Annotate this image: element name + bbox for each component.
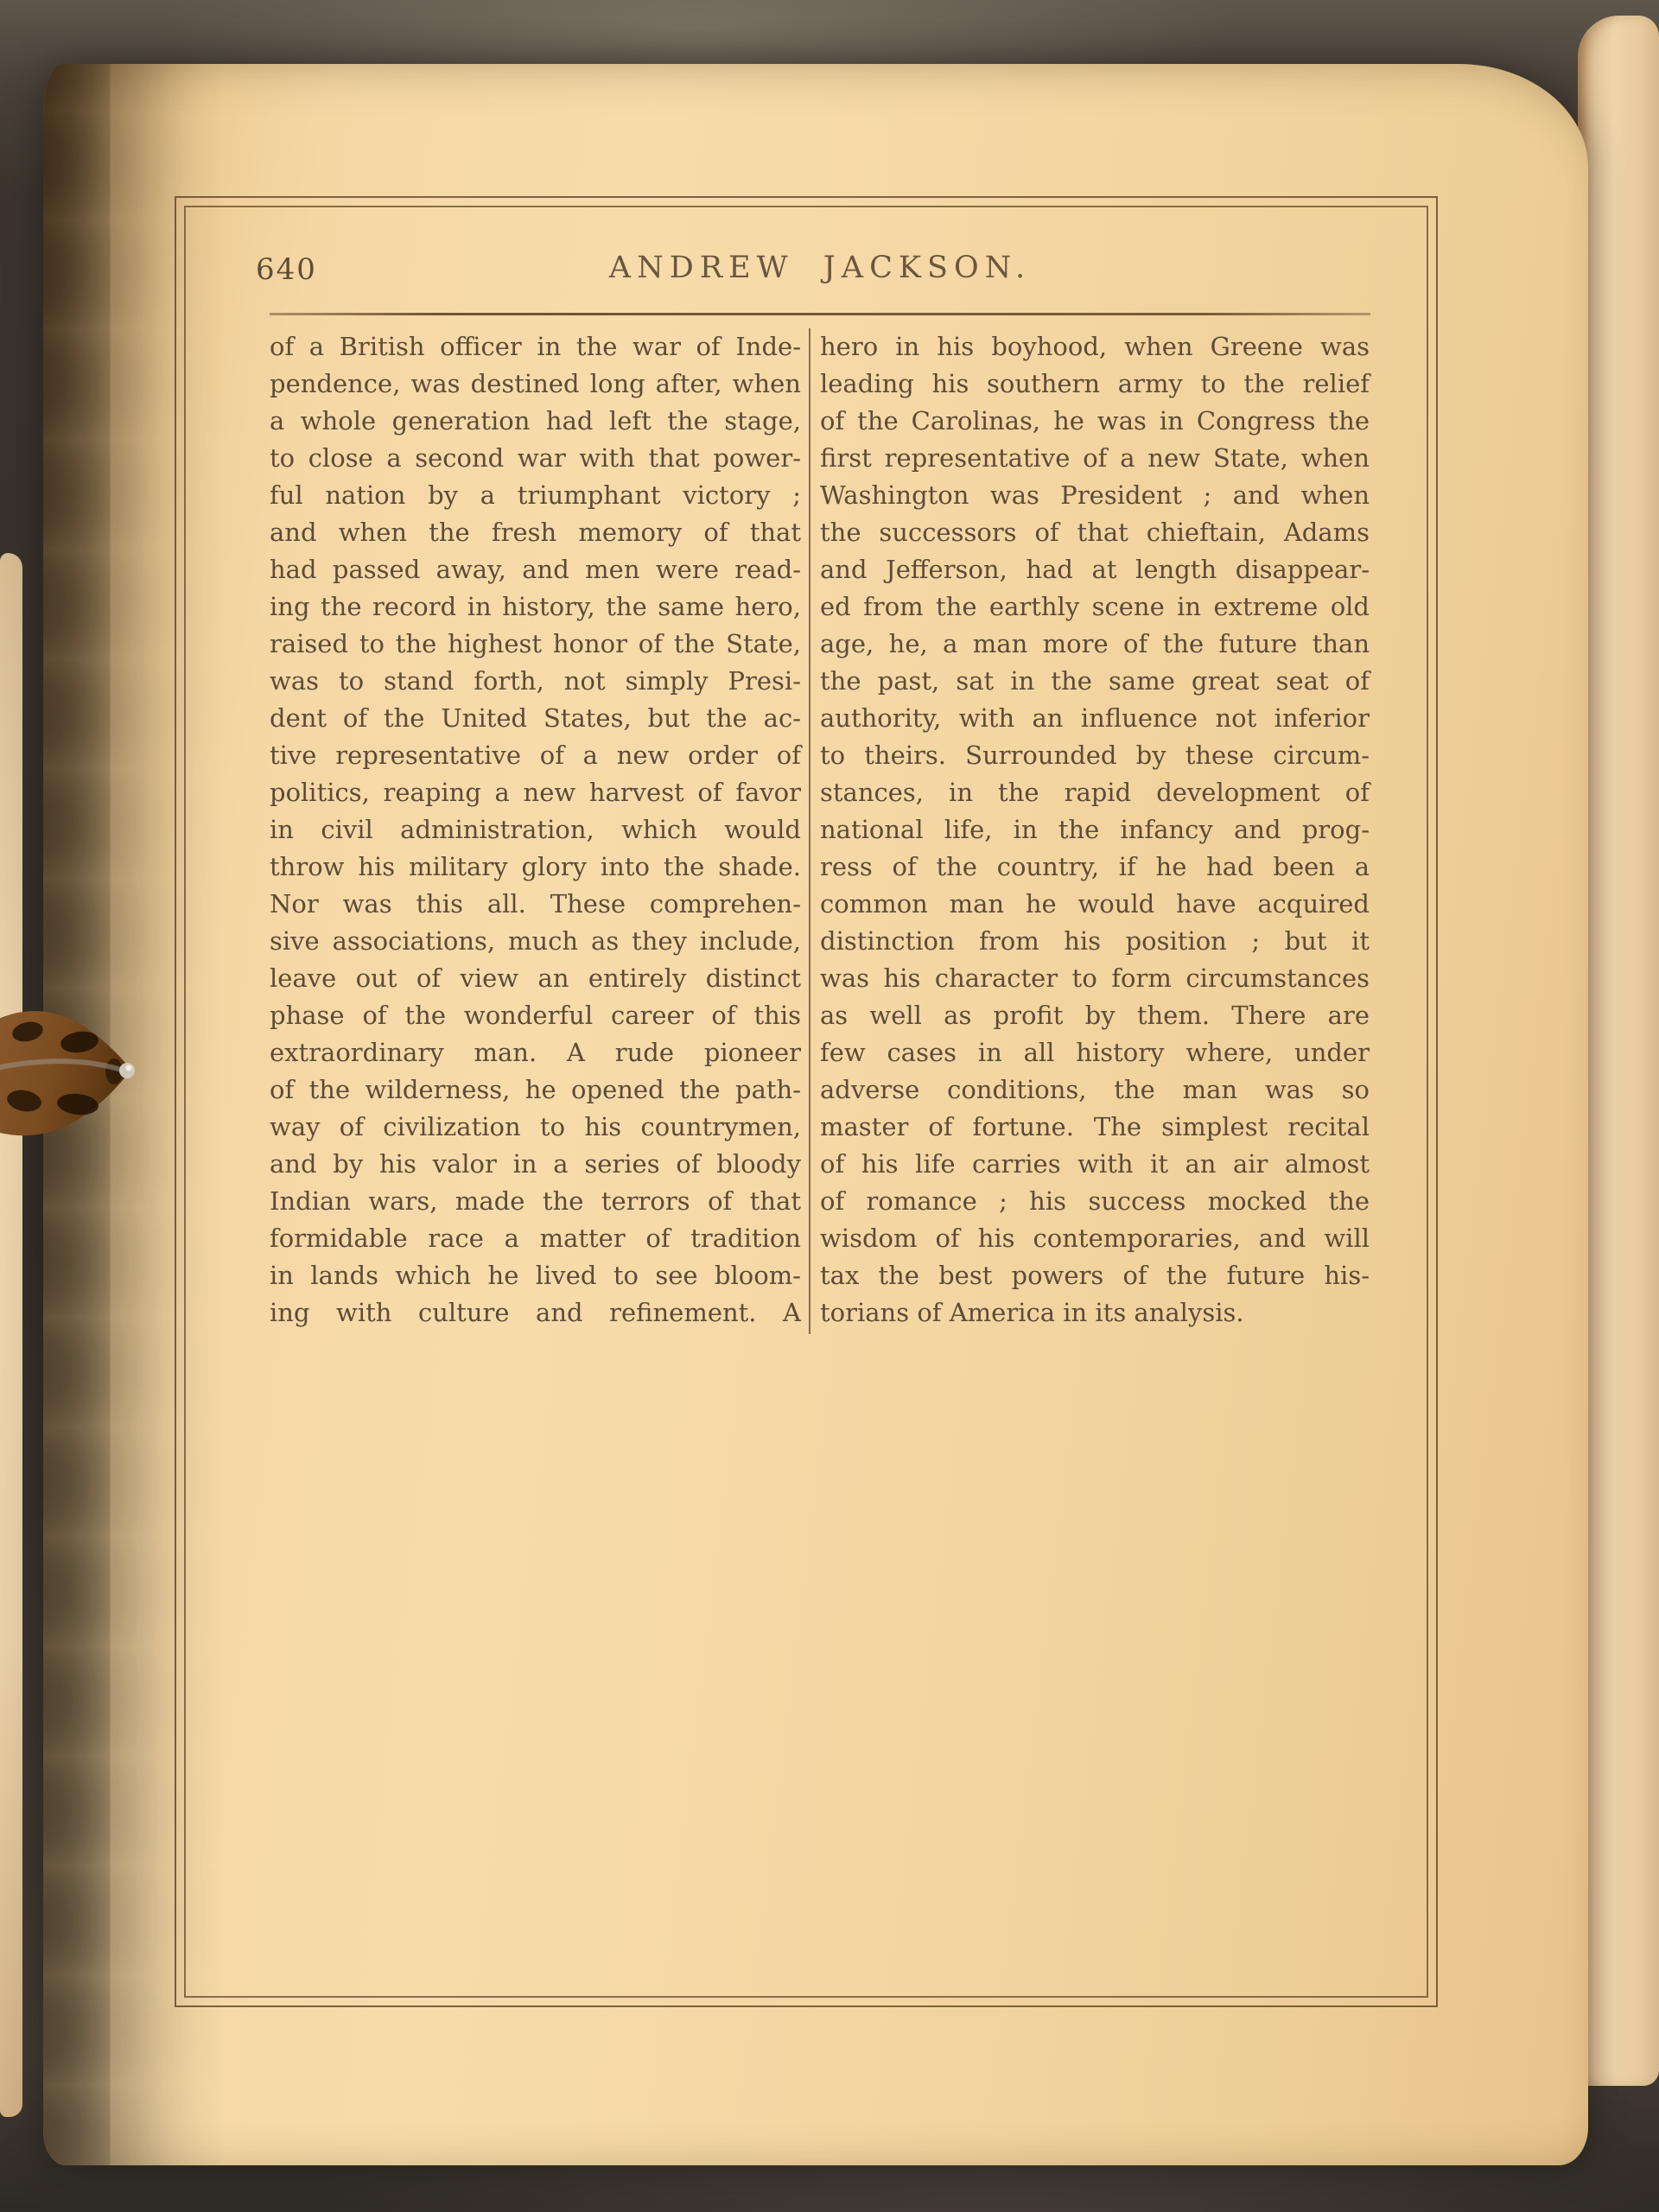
tortoiseshell-clasp xyxy=(0,994,142,1151)
text-columns: of a British officer in the war of Inde-… xyxy=(270,328,1370,1334)
text-line: ing the record in history, the same hero… xyxy=(270,588,801,626)
column-divider-rule xyxy=(809,328,810,1334)
text-line: adverse conditions, the man was so xyxy=(820,1071,1370,1109)
text-line: and Jefferson, had at length disappear- xyxy=(820,551,1370,588)
text-line: pendence, was destined long after, when xyxy=(270,365,801,403)
text-line: of his life carries with it an air almos… xyxy=(820,1146,1370,1183)
text-line: had passed away, and men were read- xyxy=(270,551,801,588)
page-border-outer: 640 ANDREW JACKSON. of a British officer… xyxy=(175,196,1438,2007)
text-line: politics, reaping a new harvest of favor xyxy=(270,774,801,811)
header-rule xyxy=(270,313,1370,315)
text-line: of a British officer in the war of Inde- xyxy=(270,328,801,365)
page-number: 640 xyxy=(256,252,317,287)
text-line: torians of America in its analysis. xyxy=(820,1294,1370,1332)
text-line: to theirs. Surrounded by these circum- xyxy=(820,737,1370,774)
book-fore-edge-pages xyxy=(1578,16,1659,2086)
text-line: ed from the earthly scene in extreme old xyxy=(820,588,1370,626)
book-page: 640 ANDREW JACKSON. of a British officer… xyxy=(43,64,1588,2165)
text-line: of romance ; his success mocked the xyxy=(820,1183,1370,1220)
text-line: raised to the highest honor of the State… xyxy=(270,626,801,663)
text-line: distinction from his position ; but it xyxy=(820,923,1370,960)
text-line: way of civilization to his countrymen, xyxy=(270,1109,801,1146)
text-line: of the wilderness, he opened the path- xyxy=(270,1071,801,1109)
text-line: wisdom of his contemporaries, and will xyxy=(820,1220,1370,1257)
text-line: extraordinary man. A rude pioneer xyxy=(270,1034,801,1071)
text-line: a whole generation had left the stage, xyxy=(270,403,801,440)
text-line: leave out of view an entirely distinct xyxy=(270,960,801,997)
text-line: tax the best powers of the future his- xyxy=(820,1257,1370,1294)
text-line: ing with culture and refinement. A xyxy=(270,1294,801,1332)
page-border-inner: 640 ANDREW JACKSON. of a British officer… xyxy=(184,206,1428,1998)
text-line: formidable race a matter of tradition xyxy=(270,1220,801,1257)
text-line: phase of the wonderful career of this xyxy=(270,997,801,1034)
text-line: throw his military glory into the shade. xyxy=(270,849,801,886)
text-line: ful nation by a triumphant victory ; xyxy=(270,477,801,514)
facing-page-edge xyxy=(0,553,22,2117)
text-line: common man he would have acquired xyxy=(820,886,1370,923)
text-line: and by his valor in a series of bloody xyxy=(270,1146,801,1183)
text-line: as well as profit by them. There are xyxy=(820,997,1370,1034)
running-title: ANDREW JACKSON. xyxy=(270,245,1370,285)
text-line: of the Carolinas, he was in Congress the xyxy=(820,403,1370,440)
text-line: and when the fresh memory of that xyxy=(270,514,801,551)
text-line: stances, in the rapid development of xyxy=(820,774,1370,811)
book-photo: { "page": { "page_number": "640", "runni… xyxy=(0,0,1659,2212)
text-line: sive associations, much as they include, xyxy=(270,923,801,960)
text-line: Nor was this all. These comprehen- xyxy=(270,886,801,923)
text-column-left: of a British officer in the war of Inde-… xyxy=(270,328,801,1334)
text-line: Indian wars, made the terrors of that xyxy=(270,1183,801,1220)
text-line: master of fortune. The simplest recital xyxy=(820,1109,1370,1146)
text-line: dent of the United States, but the ac- xyxy=(270,700,801,737)
text-line: Washington was President ; and when xyxy=(820,477,1370,514)
text-line: was to stand forth, not simply Presi- xyxy=(270,663,801,700)
page-content: 640 ANDREW JACKSON. of a British officer… xyxy=(270,245,1370,1334)
text-line: age, he, a man more of the future than xyxy=(820,626,1370,663)
text-line: few cases in all history where, under xyxy=(820,1034,1370,1071)
text-line: in civil administration, which would xyxy=(270,811,801,849)
text-line: ress of the country, if he had been a xyxy=(820,849,1370,886)
text-line: authority, with an influence not inferio… xyxy=(820,700,1370,737)
text-line: leading his southern army to the relief xyxy=(820,365,1370,403)
text-line: national life, in the infancy and prog- xyxy=(820,811,1370,849)
text-line: was his character to form circumstances xyxy=(820,960,1370,997)
text-line: first representative of a new State, whe… xyxy=(820,440,1370,477)
text-column-right: hero in his boyhood, when Greene waslead… xyxy=(820,328,1370,1334)
page-header: 640 ANDREW JACKSON. xyxy=(270,245,1370,304)
text-line: tive representative of a new order of xyxy=(270,737,801,774)
text-line: the past, sat in the same great seat of xyxy=(820,663,1370,700)
text-line: hero in his boyhood, when Greene was xyxy=(820,328,1370,365)
text-line: to close a second war with that power- xyxy=(270,440,801,477)
text-line: in lands which he lived to see bloom- xyxy=(270,1257,801,1294)
text-line: the successors of that chieftain, Adams xyxy=(820,514,1370,551)
